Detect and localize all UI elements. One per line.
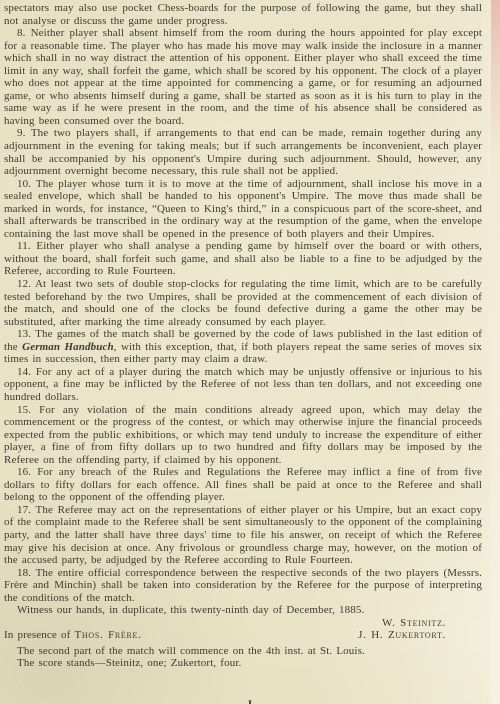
rule-text: 14. For any act of a player during the m…: [4, 366, 482, 403]
page-edge-tint: [491, 0, 500, 704]
rule-text: 12. At least two sets of double stop-clo…: [4, 278, 482, 328]
presence-line: In presence of Thos. Frère.: [4, 629, 142, 642]
rules-list: 8. Neither player shall absent himself f…: [4, 27, 482, 604]
paragraph-continuation: spectators may also use pocket Chess-boa…: [4, 2, 482, 27]
presence-prefix: In presence of: [4, 629, 74, 641]
postscript-line: The second part of the match will commen…: [4, 645, 482, 658]
rule-text-italic: German Handbuch: [22, 341, 114, 353]
rule-paragraph-8: 8. Neither player shall absent himself f…: [4, 27, 482, 127]
rule-text: 15. For any violation of the main condit…: [4, 404, 482, 466]
signature-steinitz: W. Steinitz.: [4, 617, 482, 630]
rule-text: 16. For any breach of the Rules and Regu…: [4, 466, 482, 503]
rule-text: 11. Either player who shall analyse a pe…: [4, 240, 482, 277]
scanned-document-page: spectators may also use pocket Chess-boa…: [0, 0, 500, 704]
witness-line: Witness our hands, in duplicate, this tw…: [4, 604, 482, 617]
rule-paragraph-13: 13. The games of the match shall be gove…: [4, 328, 482, 366]
rule-text: 17. The Referee may act on the represent…: [4, 504, 482, 566]
rule-paragraph-15: 15. For any violation of the main condit…: [4, 404, 482, 467]
rule-paragraph-9: 9. The two players shall, if arrangement…: [4, 127, 482, 177]
rule-paragraph-16: 16. For any breach of the Rules and Regu…: [4, 466, 482, 504]
rule-paragraph-18: 18. The entire official correspondence b…: [4, 567, 482, 605]
rule-text: 8. Neither player shall absent himself f…: [4, 27, 482, 127]
rule-paragraph-17: 17. The Referee may act on the represent…: [4, 504, 482, 567]
rule-paragraph-10: 10. The player whose turn it is to move …: [4, 178, 482, 241]
signature-steinitz-text: W. Steinitz.: [382, 617, 446, 629]
presence-and-signature-row: In presence of Thos. Frère. J. H. Zukert…: [4, 629, 482, 642]
catchword-partial: I: [0, 698, 500, 704]
rule-text: 9. The two players shall, if arrangement…: [4, 127, 482, 177]
rule-paragraph-12: 12. At least two sets of double stop-clo…: [4, 278, 482, 328]
postscript-block: The second part of the match will commen…: [4, 645, 482, 670]
presence-name: Thos. Frère.: [74, 629, 141, 641]
rule-text: 10. The player whose turn it is to move …: [4, 178, 482, 240]
rule-text: 18. The entire official correspondence b…: [4, 567, 482, 604]
rule-paragraph-14: 14. For any act of a player during the m…: [4, 366, 482, 404]
rule-paragraph-11: 11. Either player who shall analyse a pe…: [4, 240, 482, 278]
text-block: spectators may also use pocket Chess-boa…: [4, 2, 482, 670]
postscript-line: The score stands—Steinitz, one; Zukertor…: [4, 657, 482, 670]
signature-zukertort: J. H. Zukertort.: [358, 629, 446, 642]
